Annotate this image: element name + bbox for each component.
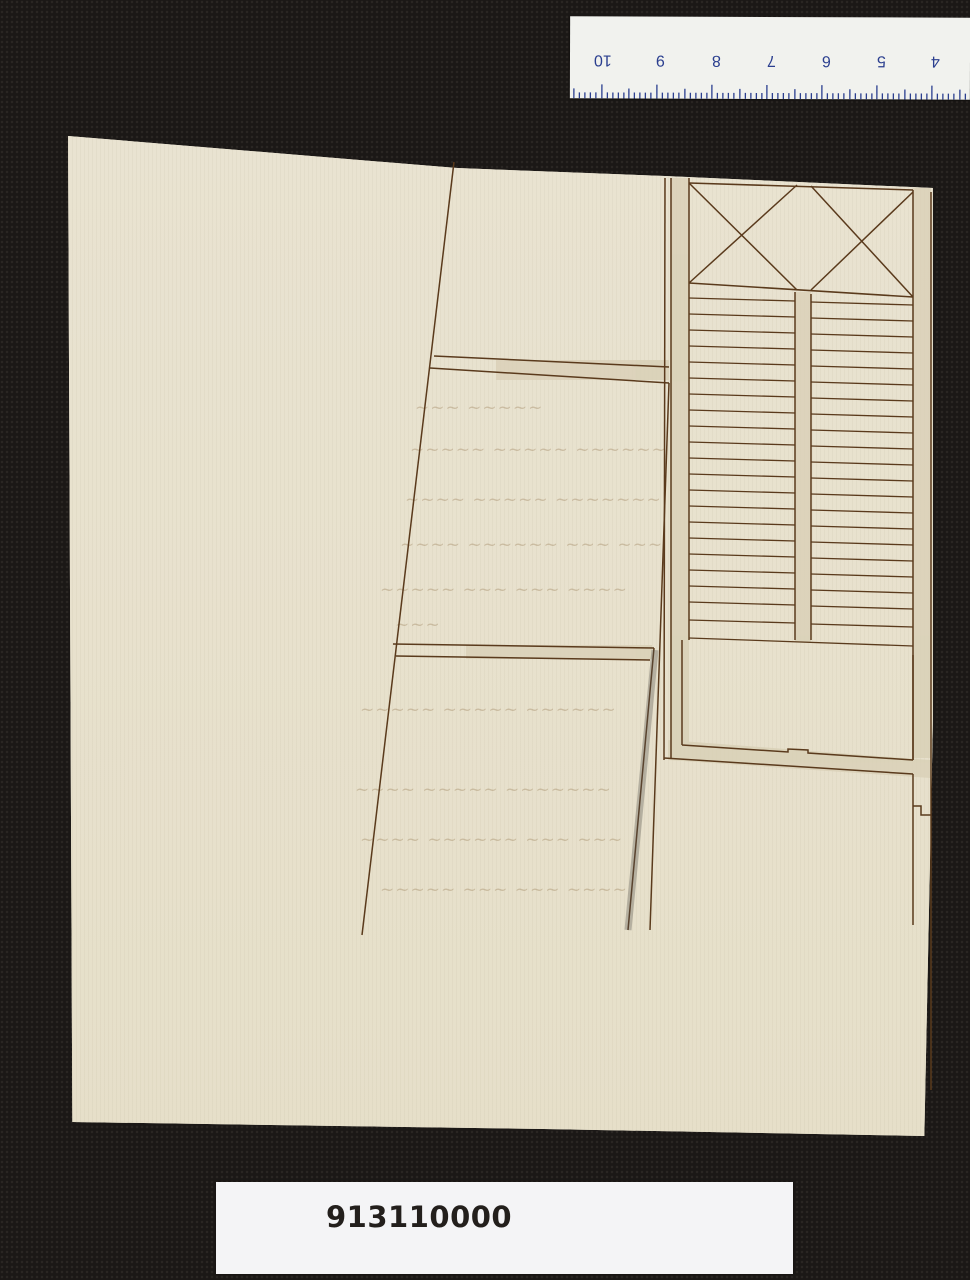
catalog-number: 913110000 bbox=[326, 1200, 512, 1234]
catalog-label-card: 913110000 bbox=[216, 1182, 793, 1274]
architectural-floor-plan bbox=[0, 0, 970, 1280]
